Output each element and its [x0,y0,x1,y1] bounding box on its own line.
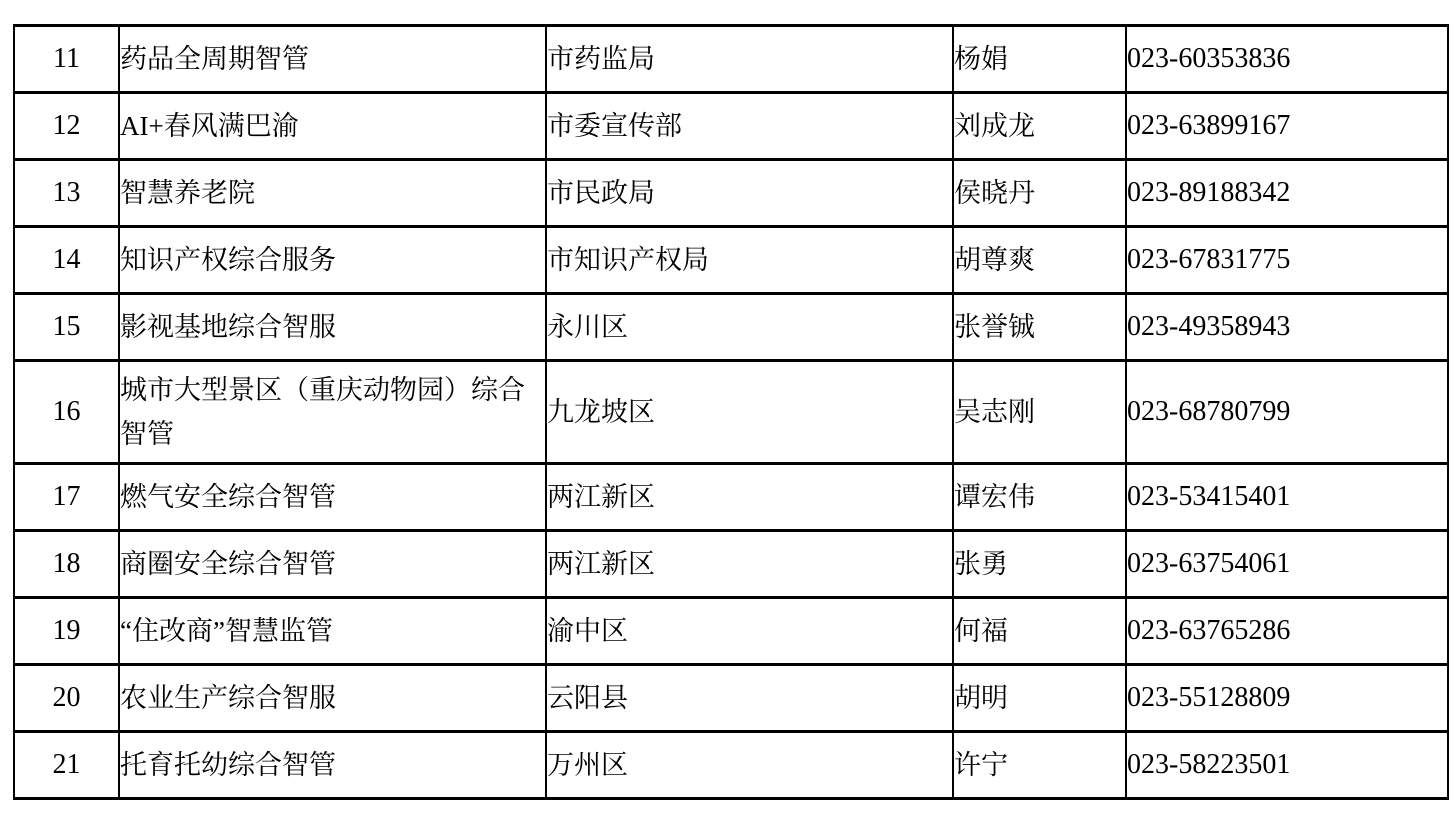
organization-cell: 万州区 [546,732,953,799]
project-name-cell: “住改商”智慧监管 [119,598,546,665]
project-name-cell: AI+春风满巴渝 [119,93,546,160]
contact-person-cell: 何福 [953,598,1126,665]
phone-number-cell: 023-63765286 [1126,598,1448,665]
phone-number-cell: 023-68780799 [1126,361,1448,464]
table-row: 16 城市大型景区（重庆动物园）综合智管 九龙坡区 吴志刚 023-687807… [14,361,1448,464]
contact-person-cell: 张誉铖 [953,294,1126,361]
project-name-cell: 城市大型景区（重庆动物园）综合智管 [119,361,546,464]
row-index: 21 [14,732,119,799]
organization-cell: 九龙坡区 [546,361,953,464]
table-row: 14 知识产权综合服务 市知识产权局 胡尊爽 023-67831775 [14,227,1448,294]
table-row: 21 托育托幼综合智管 万州区 许宁 023-58223501 [14,732,1448,799]
row-index: 15 [14,294,119,361]
organization-cell: 市药监局 [546,26,953,93]
project-name-cell: 农业生产综合智服 [119,665,546,732]
organization-cell: 市知识产权局 [546,227,953,294]
organization-cell: 市委宣传部 [546,93,953,160]
row-index: 12 [14,93,119,160]
table-body: 11 药品全周期智管 市药监局 杨娟 023-60353836 12 AI+春风… [14,26,1448,799]
row-index: 20 [14,665,119,732]
row-index: 18 [14,531,119,598]
project-name-cell: 智慧养老院 [119,160,546,227]
project-name-cell: 商圈安全综合智管 [119,531,546,598]
row-index: 19 [14,598,119,665]
project-name-cell: 知识产权综合服务 [119,227,546,294]
organization-cell: 云阳县 [546,665,953,732]
phone-number-cell: 023-49358943 [1126,294,1448,361]
phone-number-cell: 023-67831775 [1126,227,1448,294]
phone-number-cell: 023-89188342 [1126,160,1448,227]
contact-person-cell: 吴志刚 [953,361,1126,464]
table-row: 20 农业生产综合智服 云阳县 胡明 023-55128809 [14,665,1448,732]
contact-person-cell: 谭宏伟 [953,464,1126,531]
projects-contact-table: 11 药品全周期智管 市药监局 杨娟 023-60353836 12 AI+春风… [13,24,1449,800]
contact-person-cell: 许宁 [953,732,1126,799]
project-name-cell: 燃气安全综合智管 [119,464,546,531]
phone-number-cell: 023-53415401 [1126,464,1448,531]
organization-cell: 永川区 [546,294,953,361]
organization-cell: 市民政局 [546,160,953,227]
row-index: 14 [14,227,119,294]
phone-number-cell: 023-63899167 [1126,93,1448,160]
project-name-cell: 药品全周期智管 [119,26,546,93]
document-page: 11 药品全周期智管 市药监局 杨娟 023-60353836 12 AI+春风… [0,0,1454,820]
contact-person-cell: 胡明 [953,665,1126,732]
table-row: 18 商圈安全综合智管 两江新区 张勇 023-63754061 [14,531,1448,598]
contact-person-cell: 杨娟 [953,26,1126,93]
project-name-cell: 托育托幼综合智管 [119,732,546,799]
project-name-cell: 影视基地综合智服 [119,294,546,361]
organization-cell: 两江新区 [546,531,953,598]
table-row: 12 AI+春风满巴渝 市委宣传部 刘成龙 023-63899167 [14,93,1448,160]
row-index: 13 [14,160,119,227]
row-index: 16 [14,361,119,464]
contact-person-cell: 刘成龙 [953,93,1126,160]
row-index: 17 [14,464,119,531]
table-row: 13 智慧养老院 市民政局 侯晓丹 023-89188342 [14,160,1448,227]
table-row: 15 影视基地综合智服 永川区 张誉铖 023-49358943 [14,294,1448,361]
table-row: 11 药品全周期智管 市药监局 杨娟 023-60353836 [14,26,1448,93]
organization-cell: 渝中区 [546,598,953,665]
table-row: 17 燃气安全综合智管 两江新区 谭宏伟 023-53415401 [14,464,1448,531]
contact-person-cell: 胡尊爽 [953,227,1126,294]
phone-number-cell: 023-63754061 [1126,531,1448,598]
contact-person-cell: 张勇 [953,531,1126,598]
phone-number-cell: 023-58223501 [1126,732,1448,799]
contact-person-cell: 侯晓丹 [953,160,1126,227]
phone-number-cell: 023-60353836 [1126,26,1448,93]
table-row: 19 “住改商”智慧监管 渝中区 何福 023-63765286 [14,598,1448,665]
row-index: 11 [14,26,119,93]
organization-cell: 两江新区 [546,464,953,531]
phone-number-cell: 023-55128809 [1126,665,1448,732]
